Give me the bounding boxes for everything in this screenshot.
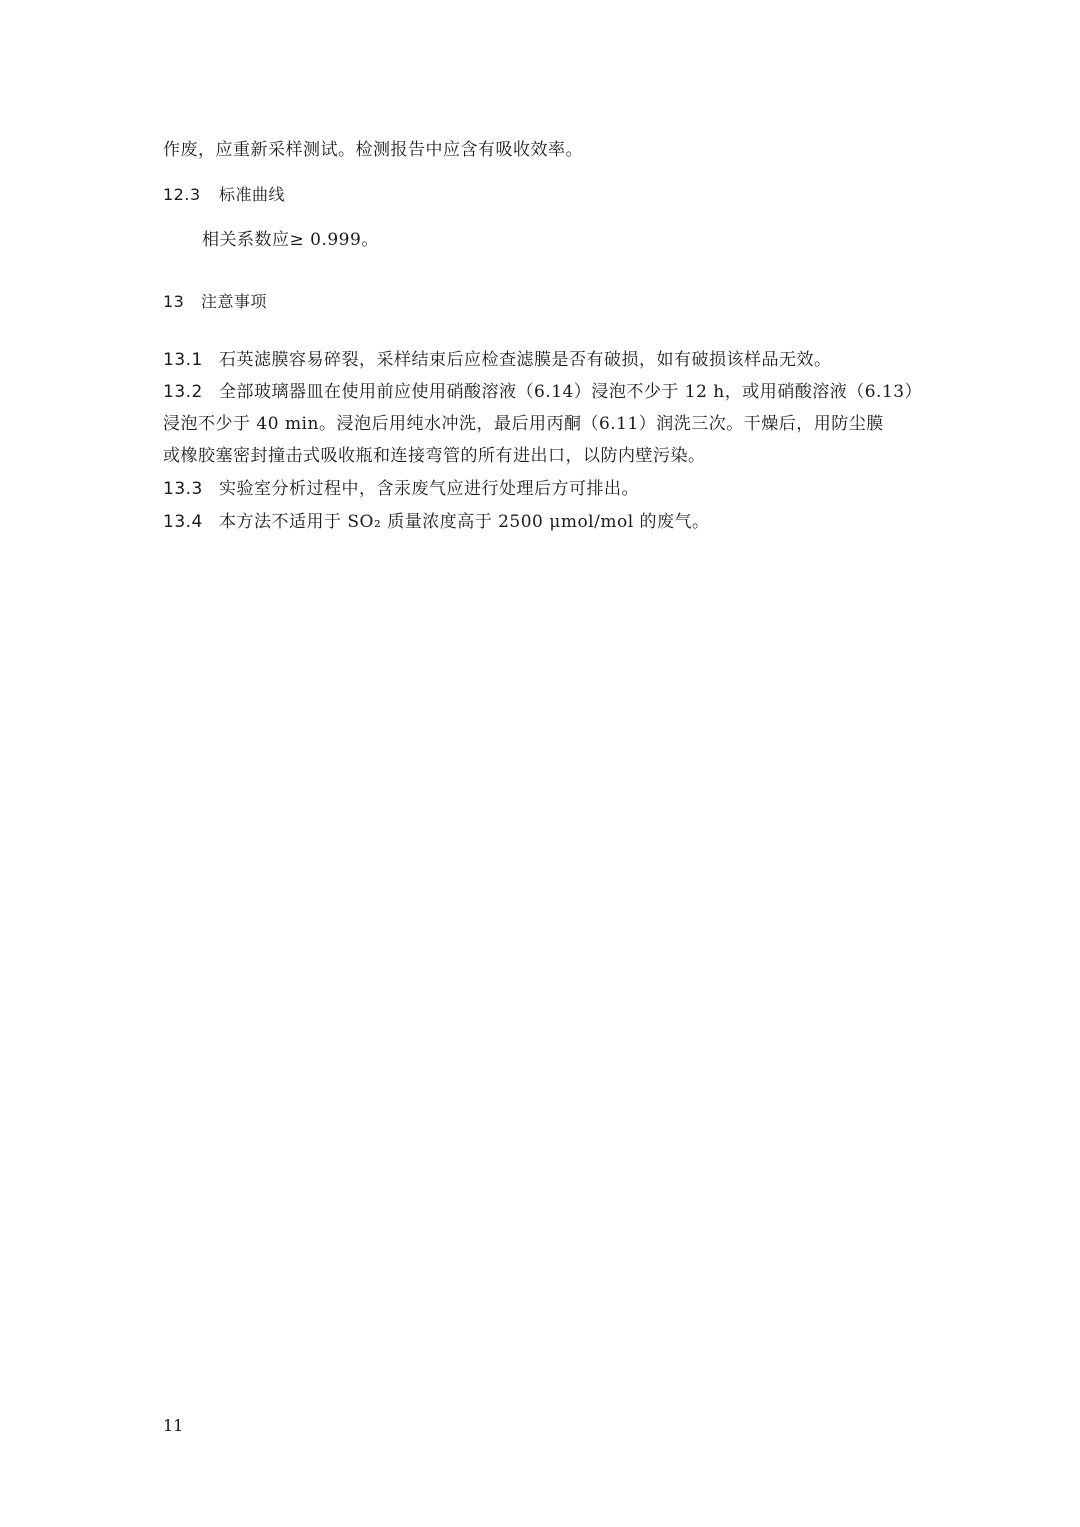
section-title: 标准曲线 (219, 185, 285, 204)
section-number: 13 (163, 290, 201, 314)
continuation-text: 作废，应重新采样测试。检测报告中应含有吸收效率。 (163, 138, 583, 162)
item-number: 13.2 (163, 380, 219, 404)
item-13-1: 13.1石英滤膜容易碎裂，采样结束后应检查滤膜是否有破损，如有破损该样品无效。 (163, 348, 832, 372)
section-12-3-heading: 12.3标准曲线 (163, 183, 285, 207)
item-number: 13.4 (163, 510, 219, 534)
section-12-3-text: 相关系数应≥ 0.999。 (202, 228, 379, 252)
item-13-4: 13.4本方法不适用于 SO₂ 质量浓度高于 2500 μmol/mol 的废气… (163, 510, 710, 534)
item-number: 13.1 (163, 348, 219, 372)
item-text: 实验室分析过程中，含汞废气应进行处理后方可排出。 (219, 479, 639, 499)
page-number: 11 (163, 1416, 183, 1435)
item-text: 本方法不适用于 SO₂ 质量浓度高于 2500 μmol/mol 的废气。 (219, 512, 710, 532)
item-text: 全部玻璃器皿在使用前应使用硝酸溶液（6.14）浸泡不少于 12 h，或用硝酸溶液… (219, 382, 922, 402)
section-title: 注意事项 (201, 292, 267, 311)
section-13-heading: 13注意事项 (163, 290, 267, 314)
item-13-2-line-3: 或橡胶塞密封撞击式吸收瓶和连接弯管的所有进出口，以防内壁污染。 (163, 444, 706, 468)
item-text: 石英滤膜容易碎裂，采样结束后应检查滤膜是否有破损，如有破损该样品无效。 (219, 350, 832, 370)
item-13-2-line-2: 浸泡不少于 40 min。浸泡后用纯水冲洗，最后用丙酮（6.11）润洗三次。干燥… (163, 412, 884, 436)
item-13-2: 13.2全部玻璃器皿在使用前应使用硝酸溶液（6.14）浸泡不少于 12 h，或用… (163, 380, 922, 404)
item-13-3: 13.3实验室分析过程中，含汞废气应进行处理后方可排出。 (163, 477, 639, 501)
item-number: 13.3 (163, 477, 219, 501)
section-number: 12.3 (163, 183, 219, 207)
